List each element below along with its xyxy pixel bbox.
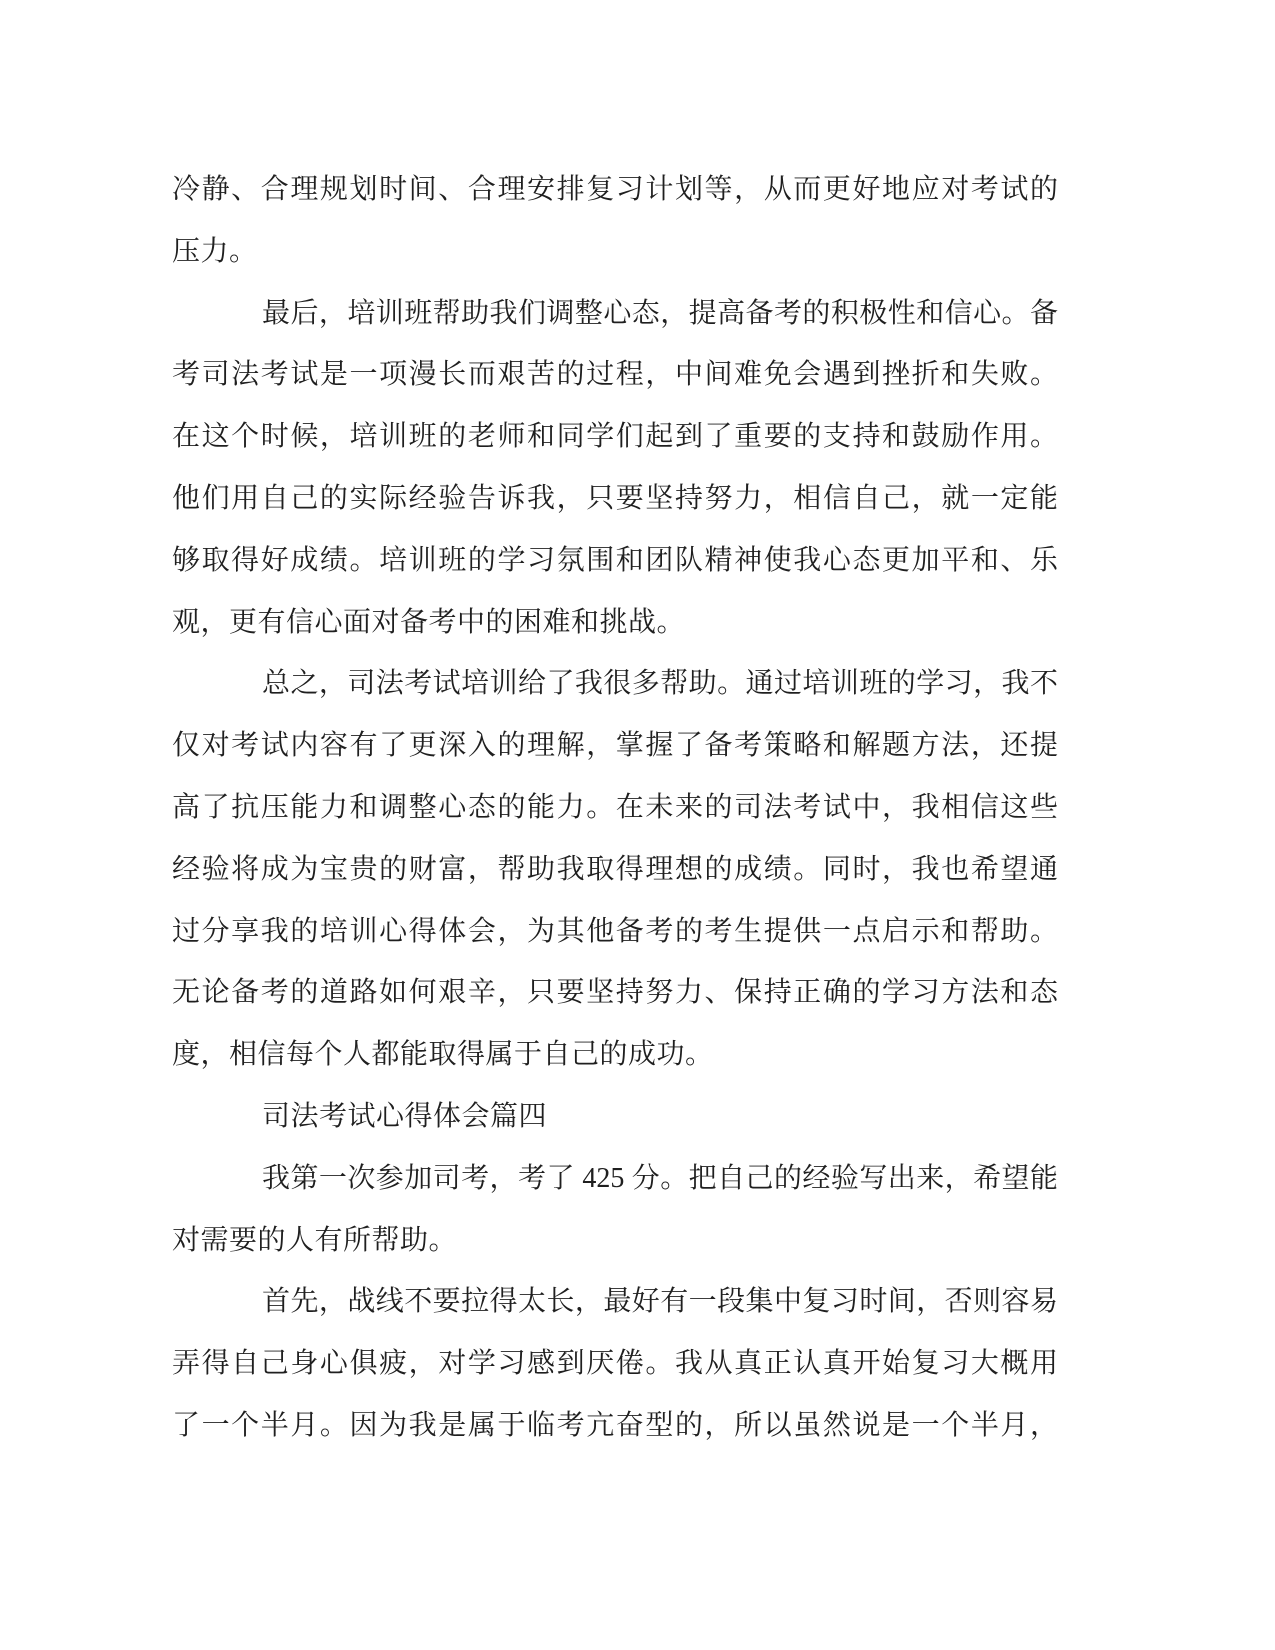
text-line: 过分享我的培训心得体会，为其他备考的考生提供一点启示和帮助。: [172, 901, 1058, 963]
text-line: 了一个半月。因为我是属于临考亢奋型的，所以虽然说是一个半月，: [172, 1395, 1058, 1457]
text-line: 最后，培训班帮助我们调整心态，提高备考的积极性和信心。备: [172, 283, 1058, 345]
text-line: 够取得好成绩。培训班的学习氛围和团队精神使我心态更加平和、乐: [172, 530, 1058, 592]
text-line: 考司法考试是一项漫长而艰苦的过程，中间难免会遇到挫折和失败。: [172, 344, 1058, 406]
text-line: 总之，司法考试培训给了我很多帮助。通过培训班的学习，我不: [172, 653, 1058, 715]
text-line: 对需要的人有所帮助。: [172, 1210, 1058, 1272]
text-line: 弄得自己身心俱疲，对学习感到厌倦。我从真正认真开始复习大概用: [172, 1333, 1058, 1395]
text-line: 度，相信每个人都能取得属于自己的成功。: [172, 1024, 1058, 1086]
text-line: 司法考试心得体会篇四: [172, 1086, 1058, 1148]
text-line: 无论备考的道路如何艰辛，只要坚持努力、保持正确的学习方法和态: [172, 962, 1058, 1024]
document-page: 冷静、合理规划时间、合理安排复习计划等，从而更好地应对考试的压力。最后，培训班帮…: [0, 0, 1275, 1650]
text-line: 压力。: [172, 221, 1058, 283]
text-line: 高了抗压能力和调整心态的能力。在未来的司法考试中，我相信这些: [172, 777, 1058, 839]
text-line: 我第一次参加司考，考了 425 分。把自己的经验写出来，希望能: [172, 1148, 1058, 1210]
text-line: 仅对考试内容有了更深入的理解，掌握了备考策略和解题方法，还提: [172, 715, 1058, 777]
text-block: 冷静、合理规划时间、合理安排复习计划等，从而更好地应对考试的压力。最后，培训班帮…: [172, 159, 1058, 1457]
text-line: 在这个时候，培训班的老师和同学们起到了重要的支持和鼓励作用。: [172, 406, 1058, 468]
text-line: 冷静、合理规划时间、合理安排复习计划等，从而更好地应对考试的: [172, 159, 1058, 221]
text-line: 他们用自己的实际经验告诉我，只要坚持努力，相信自己，就一定能: [172, 468, 1058, 530]
text-line: 首先，战线不要拉得太长，最好有一段集中复习时间，否则容易: [172, 1271, 1058, 1333]
text-line: 观，更有信心面对备考中的困难和挑战。: [172, 592, 1058, 654]
text-line: 经验将成为宝贵的财富，帮助我取得理想的成绩。同时，我也希望通: [172, 839, 1058, 901]
